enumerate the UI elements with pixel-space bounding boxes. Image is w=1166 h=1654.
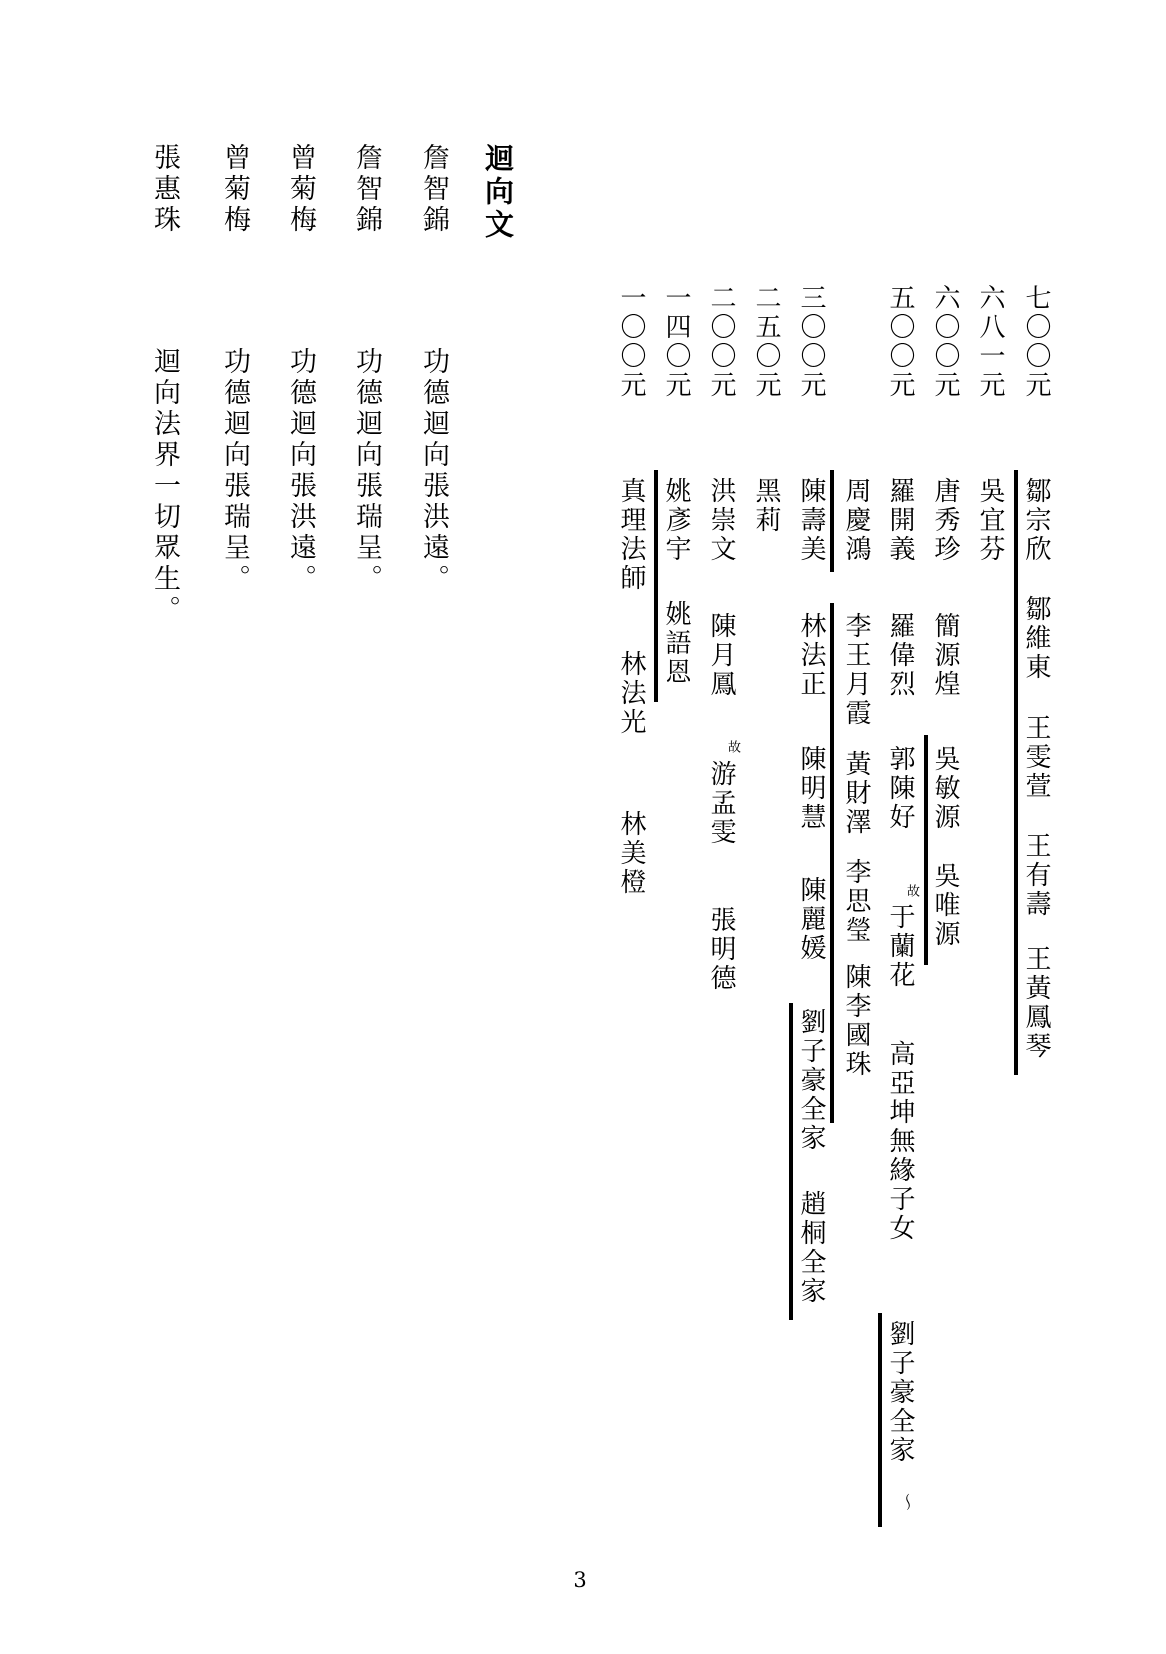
donor-name: 姚語恩 (661, 600, 691, 687)
amount-header: 三〇〇元 (796, 284, 826, 400)
donor-name: 郭陳好 (885, 745, 915, 832)
donor-name: 詹智錦 (350, 143, 382, 236)
donor-name: 洪崇文 (706, 477, 736, 564)
amount-header: 一〇〇元 (616, 284, 646, 400)
donor-name: 唐秀珍 (930, 477, 960, 564)
donor-name: 游孟雯 (706, 760, 736, 847)
donor-name: 高亞坤無緣子女 (885, 1040, 915, 1243)
donor-name: 曾菊梅 (218, 143, 250, 236)
amount-header: 二五〇元 (751, 284, 781, 400)
donor-name: 趙桐全家 (796, 1190, 826, 1306)
donor-name: 黃財澤 (841, 750, 871, 837)
donor-name: 劉子豪全家 (885, 1320, 915, 1465)
dedication-title: 迴向文 (482, 143, 514, 242)
name-marker-line (654, 470, 658, 702)
name-marker-line (830, 603, 834, 1123)
donor-name: 陳明慧 (796, 745, 826, 832)
donor-name: 陳壽美 (796, 477, 826, 564)
donor-name: 鄒宗欣 (1021, 477, 1051, 564)
amount-header: 六〇〇元 (930, 284, 960, 400)
name-marker-line (924, 735, 928, 965)
donor-name: 李思瑩 (841, 858, 871, 945)
amount-header: 六八一元 (975, 284, 1005, 400)
donor-name: 吳唯源 (930, 862, 960, 949)
dedication-text: 功德迴向張洪遠。 (284, 347, 316, 595)
donor-name: 詹智錦 (417, 143, 449, 236)
dedication-text: 功德迴向張瑞呈。 (218, 347, 250, 595)
dedication-text: 功德迴向張洪遠。 (417, 347, 449, 595)
donor-name: 羅偉烈 (885, 612, 915, 699)
donor-name: 吳敏源 (930, 745, 960, 832)
amount-header: 一四〇元 (661, 284, 691, 400)
donor-name: 真理法師 (616, 477, 646, 593)
donor-name: 張惠珠 (148, 143, 180, 236)
dedication-text: 功德迴向張瑞呈。 (350, 347, 382, 595)
donor-name: 陳李國珠 (841, 963, 871, 1079)
donor-name: 簡源煌 (930, 612, 960, 699)
donor-name: 張明德 (706, 906, 736, 993)
amount-header: 二〇〇元 (706, 284, 736, 400)
deceased-prefix: 故 (725, 740, 739, 753)
donor-name: 王雯萱 (1021, 714, 1051, 801)
donor-name: 劉子豪全家 (796, 1008, 826, 1153)
donor-name: 鄒維東 (1021, 595, 1051, 682)
deceased-prefix: 故 (904, 884, 918, 897)
name-marker-line (789, 1003, 793, 1320)
donor-name: 陳麗媛 (796, 876, 826, 963)
donor-name: 王黃鳳琴 (1021, 945, 1051, 1061)
donor-name: 陳月鳳 (706, 612, 736, 699)
name-marker-line (830, 470, 834, 572)
amount-header: 七〇〇元 (1021, 284, 1051, 400)
page-number: 3 (560, 1568, 600, 1592)
donor-name: 于蘭花 (885, 903, 915, 990)
donor-name: 李王月霞 (841, 612, 871, 728)
name-marker-line (878, 1313, 882, 1527)
donor-name: 羅開義 (885, 477, 915, 564)
dedication-text: 迴向法界一切眾生。 (148, 347, 180, 626)
document-page: 迴向文 詹智錦 功德迴向張洪遠。 詹智錦 功德迴向張瑞呈。 曾菊梅 功德迴向張洪… (0, 0, 1166, 1654)
donor-name: 林法光 (616, 650, 646, 737)
donor-name: 曾菊梅 (284, 143, 316, 236)
name-marker-line (1014, 470, 1018, 1075)
donor-name: 黑莉 (751, 477, 781, 535)
donor-name: 林法正 (796, 612, 826, 699)
donor-name: 林美橙 (616, 810, 646, 897)
donor-name: 吳宜芬 (975, 477, 1005, 564)
donor-name: 周慶鴻 (841, 477, 871, 564)
ditto-mark: 〜 (891, 1493, 921, 1511)
amount-header: 五〇〇元 (885, 284, 915, 400)
donor-name: 姚彥宇 (661, 477, 691, 564)
donor-name: 王有壽 (1021, 832, 1051, 919)
